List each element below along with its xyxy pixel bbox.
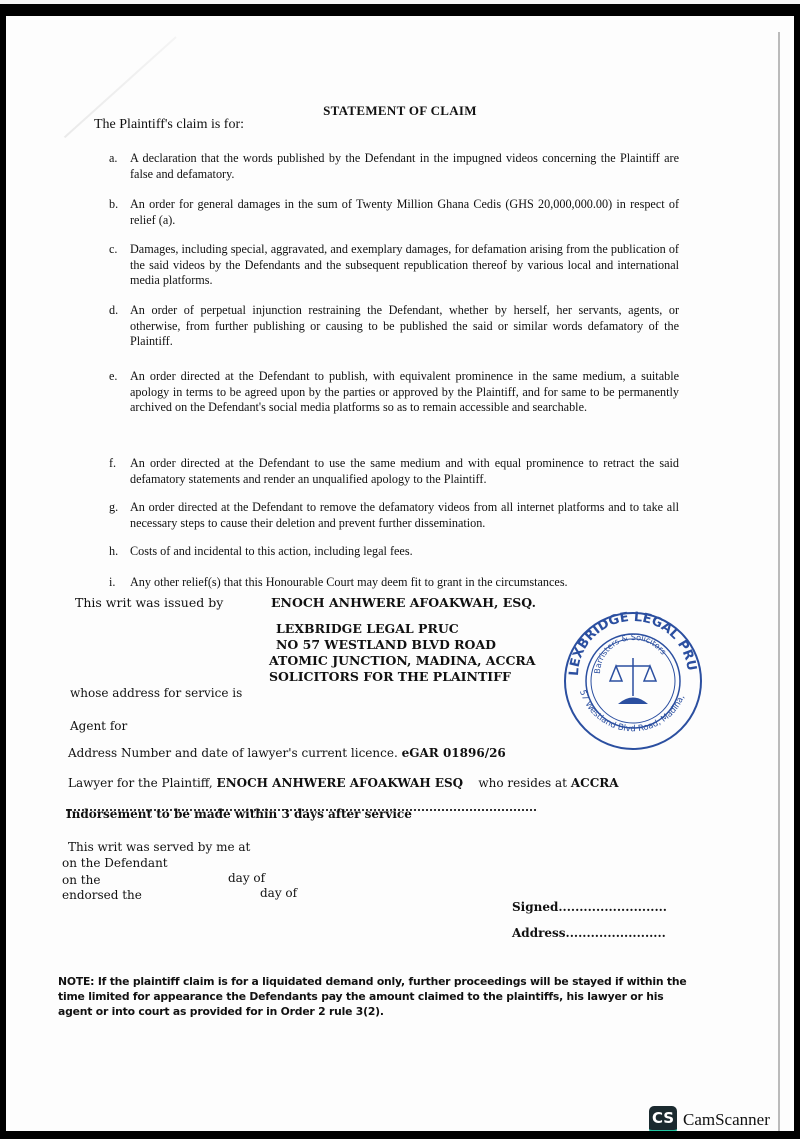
camscanner-logo-icon: CS: [649, 1106, 677, 1131]
claim-text: An order of perpetual injunction restrai…: [130, 303, 679, 350]
claim-text: Any other relief(s) that this Honourable…: [130, 575, 679, 591]
claim-label: b.: [109, 197, 127, 213]
claim-text: An order directed at the Defendant to us…: [130, 456, 679, 487]
claim-intro: The Plaintiff's claim is for:: [94, 117, 244, 133]
claim-item: f.An order directed at the Defendant to …: [109, 456, 679, 487]
lawyer-label: Lawyer for the Plaintiff,: [68, 776, 213, 790]
licence-number: eGAR 01896/26: [402, 746, 506, 760]
served-line: This writ was served by me at: [68, 840, 250, 854]
claim-text: Damages, including special, aggravated, …: [130, 242, 679, 289]
claim-label: i.: [109, 575, 127, 591]
agent-for-label: Agent for: [70, 719, 127, 733]
claim-item: d.An order of perpetual injunction restr…: [109, 303, 679, 350]
claim-item: h.Costs of and incidental to this action…: [109, 544, 679, 560]
day-of-label: day of: [260, 886, 297, 900]
claim-label: d.: [109, 303, 127, 319]
firm-address: LEXBRIDGE LEGAL PRUC NO 57 WESTLAND BLVD…: [269, 621, 535, 685]
served-line: on the Defendant: [62, 856, 168, 870]
camscanner-label: CamScanner: [683, 1110, 770, 1130]
lawyer-name: ENOCH ANHWERE AFOAKWAH ESQ: [217, 776, 464, 790]
claim-item: b.An order for general damages in the su…: [109, 197, 679, 228]
licence-label: Address Number and date of lawyer's curr…: [68, 746, 398, 760]
issued-by-name: ENOCH ANHWERE AFOAKWAH, ESQ.: [271, 595, 536, 610]
firm-line: ATOMIC JUNCTION, MADINA, ACCRA: [269, 653, 535, 669]
claim-text: A declaration that the words published b…: [130, 151, 679, 182]
claim-label: f.: [109, 456, 127, 472]
served-line: endorsed the: [62, 888, 142, 902]
address-for-service-label: whose address for service is: [70, 686, 242, 700]
indorsement-heading: Indorsement to be made within 3 days aft…: [66, 807, 412, 821]
signed-field: Signed..........................: [512, 900, 667, 914]
claim-item: c.Damages, including special, aggravated…: [109, 242, 679, 289]
page-edge-shadow: [778, 32, 780, 1131]
claim-label: e.: [109, 369, 127, 385]
claim-text: An order for general damages in the sum …: [130, 197, 679, 228]
svg-text:Barristers & Solicitors: Barristers & Solicitors: [593, 633, 668, 674]
note-text: NOTE: If the plaintiff claim is for a li…: [58, 974, 698, 1019]
claim-item: g.An order directed at the Defendant to …: [109, 500, 679, 531]
claim-item: a.A declaration that the words published…: [109, 151, 679, 182]
claim-label: g.: [109, 500, 127, 516]
served-line: on the: [62, 873, 100, 887]
claim-item: i.Any other relief(s) that this Honourab…: [109, 575, 679, 591]
law-firm-stamp: LEXBRIDGE LEGAL PRUC Barristers & Solici…: [558, 596, 708, 761]
document-page: STATEMENT OF CLAIM The Plaintiff's claim…: [6, 16, 794, 1131]
lawyer-line: Lawyer for the Plaintiff, ENOCH ANHWERE …: [68, 776, 619, 790]
claim-item: e.An order directed at the Defendant to …: [109, 369, 679, 416]
firm-line: LEXBRIDGE LEGAL PRUC: [276, 621, 535, 637]
day-of-label: day of: [228, 871, 265, 885]
claim-label: a.: [109, 151, 127, 167]
resides-label: who resides at: [478, 776, 567, 790]
claim-text: Costs of and incidental to this action, …: [130, 544, 679, 560]
firm-line: NO 57 WESTLAND BLVD ROAD: [276, 637, 535, 653]
claim-label: c.: [109, 242, 127, 258]
claim-label: h.: [109, 544, 127, 560]
firm-line: SOLICITORS FOR THE PLAINTIFF: [269, 669, 535, 685]
claim-text: An order directed at the Defendant to pu…: [130, 369, 679, 416]
address-field: Address........................: [512, 926, 666, 940]
resides-place: ACCRA: [571, 776, 619, 790]
camscanner-watermark: CS CamScanner: [649, 1106, 770, 1131]
licence-line: Address Number and date of lawyer's curr…: [68, 746, 506, 760]
issued-by-label: This writ was issued by: [75, 595, 223, 610]
claim-text: An order directed at the Defendant to re…: [130, 500, 679, 531]
scan-top-edge: [0, 0, 800, 4]
